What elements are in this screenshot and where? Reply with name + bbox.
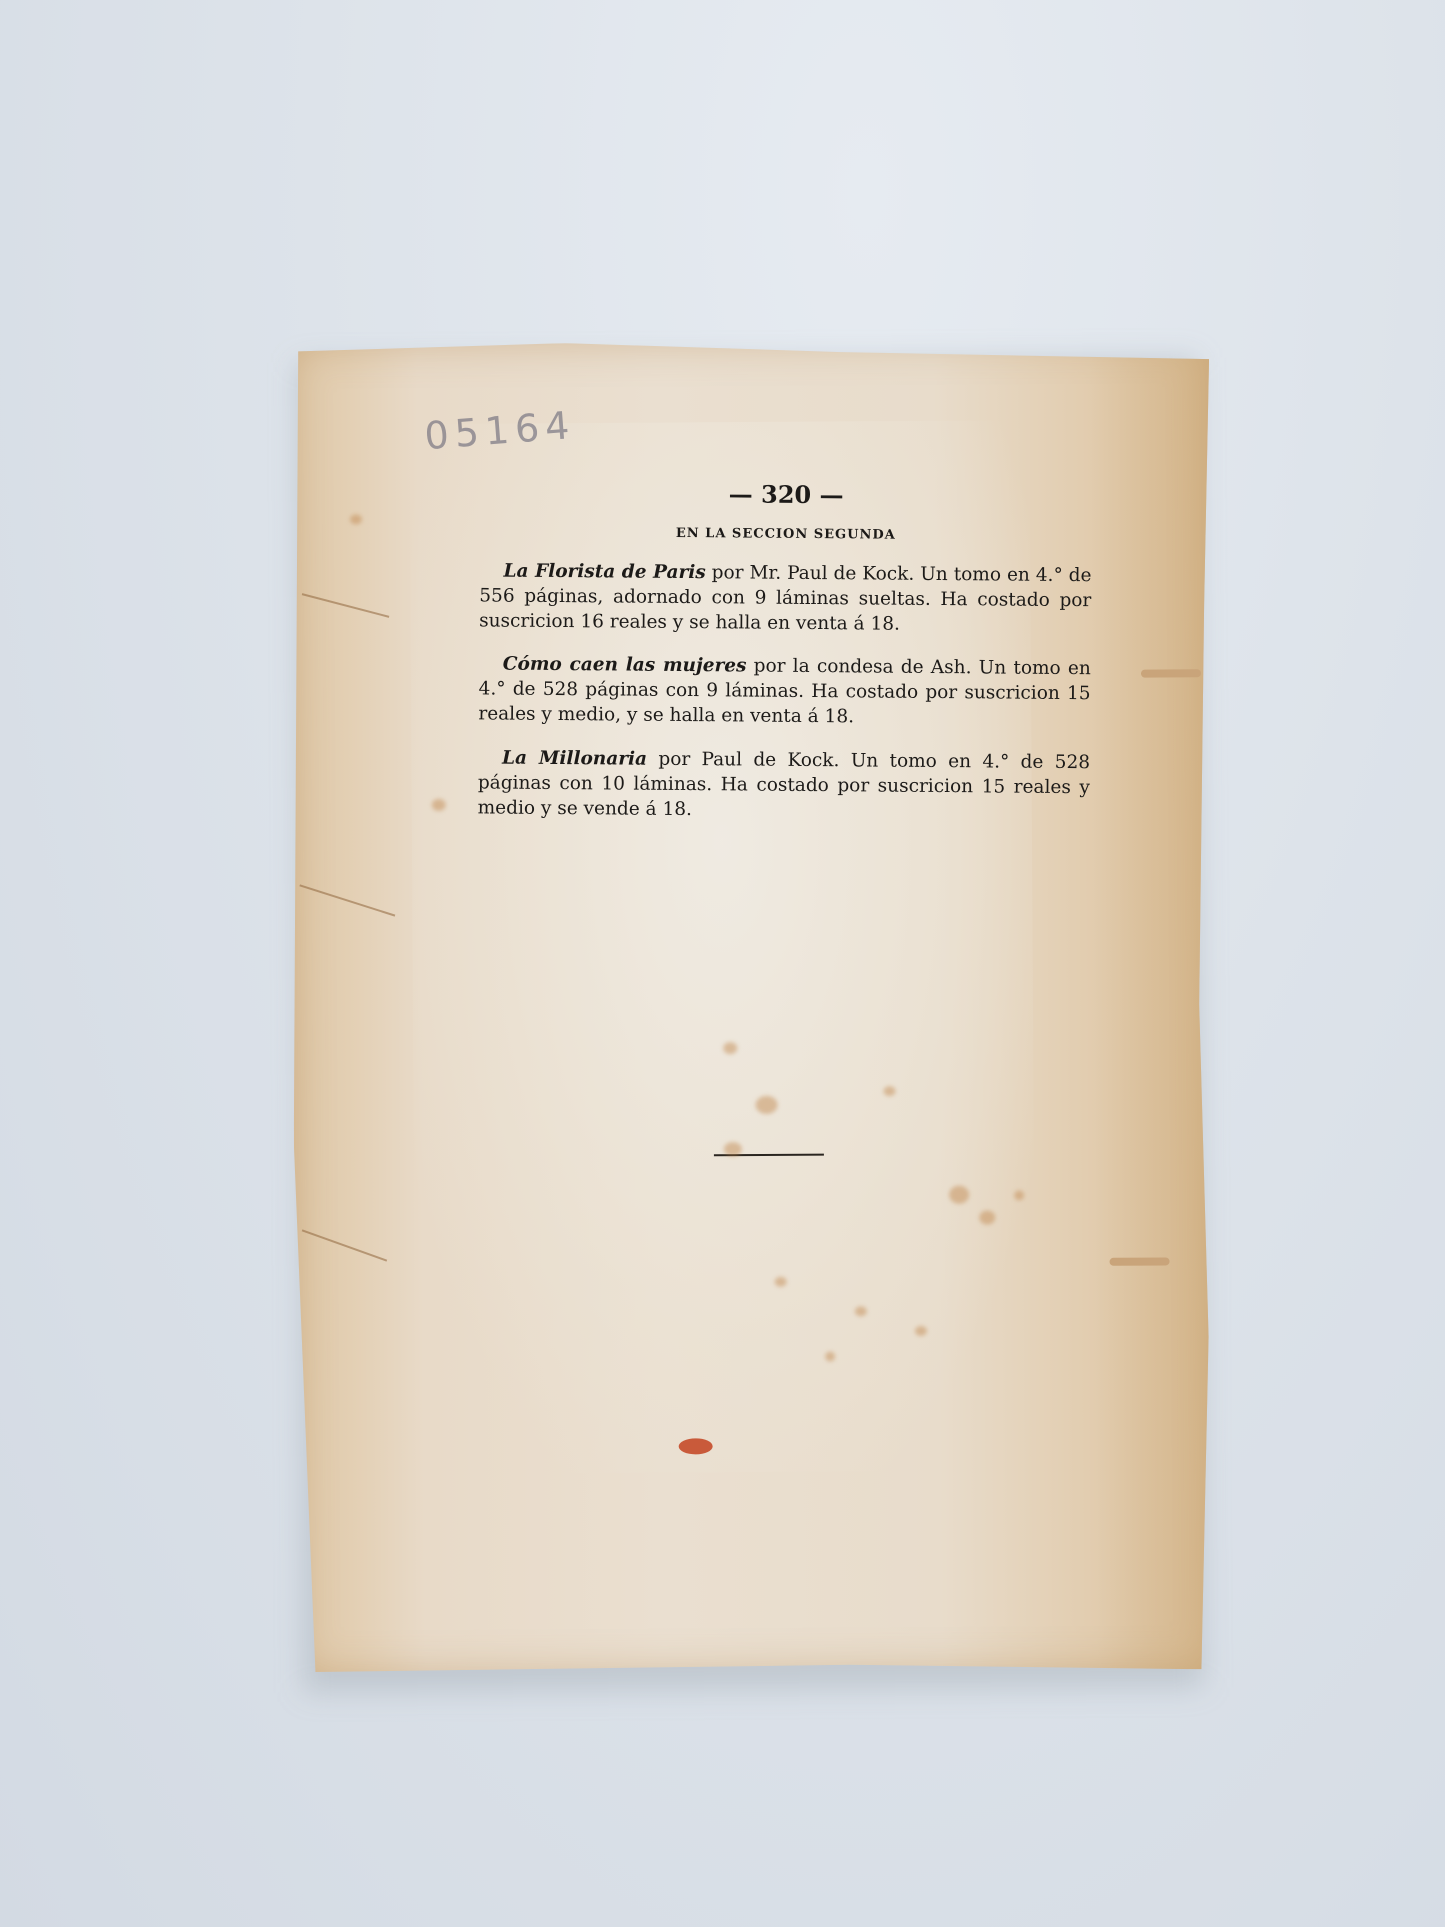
foxing-spot (825, 1352, 835, 1362)
section-title: EN LA SECCION SEGUNDA (480, 524, 1092, 544)
foxing-spot (350, 514, 362, 524)
entry-millonaria: La Millonaria por Paul de Kock. Un tomo … (478, 745, 1091, 825)
foxing-spot (949, 1186, 969, 1204)
entry-florista: La Florista de Paris por Mr. Paul de Koc… (479, 558, 1092, 638)
foxing-spot (432, 799, 446, 811)
foxing-spot (883, 1086, 895, 1096)
foxing-spot (1014, 1190, 1024, 1200)
foxing-spot (775, 1277, 787, 1287)
book-page: 05164 — 320 — EN LA SECCION SEGUNDA La F… (289, 339, 1217, 1675)
paper-edge-tint (1089, 339, 1217, 1670)
printed-text: — 320 — EN LA SECCION SEGUNDA La Florist… (477, 477, 1092, 836)
entry-title: La Florista de Paris (503, 560, 705, 583)
paper-tear (299, 884, 395, 916)
foxing-spot (756, 1096, 778, 1114)
foxing-spot (979, 1211, 995, 1225)
binding-thread (1110, 1257, 1170, 1265)
red-ink-mark (679, 1438, 713, 1454)
entry-title: Cómo caen las mujeres (503, 654, 747, 677)
foxing-spot (724, 1142, 742, 1156)
foxing-spot (855, 1306, 867, 1316)
binding-thread (1141, 669, 1201, 677)
paper-tear (302, 1229, 387, 1261)
foxing-spot (915, 1326, 927, 1336)
foxing-spot (723, 1042, 737, 1054)
paper-tear (302, 593, 390, 618)
entry-como-caen: Cómo caen las mujeres por la condesa de … (478, 651, 1091, 731)
page-number: — 320 — (480, 477, 1092, 511)
entry-title: La Millonaria (502, 747, 647, 769)
